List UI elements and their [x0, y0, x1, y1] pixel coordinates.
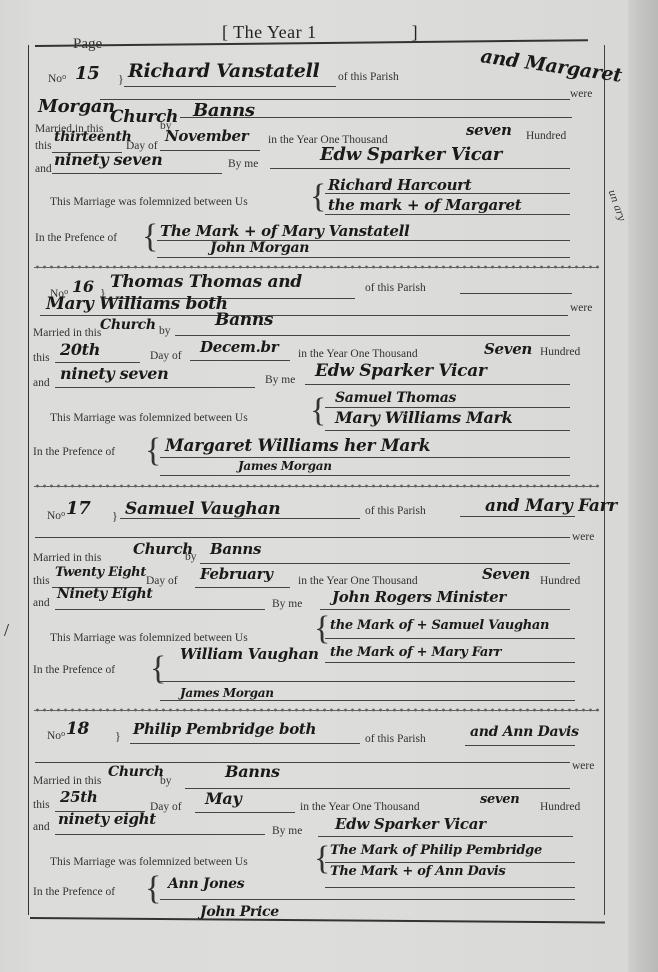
officiant: Edw Sparker Vicar: [335, 815, 486, 833]
entry-divider: [34, 483, 599, 489]
year-tail: ninety seven: [60, 364, 168, 383]
method: Banns: [210, 540, 261, 558]
party-1: the Mark of + Samuel Vaughan: [330, 618, 549, 633]
entry-number: 15: [75, 63, 99, 84]
were-label: were: [572, 531, 594, 543]
method: Banns: [225, 762, 280, 781]
year-tail: ninety seven: [54, 150, 162, 169]
year-label: [ The Year 1: [222, 22, 317, 42]
party-1: The Mark of Philip Pembridge: [330, 843, 542, 858]
of-parish-label: of this Parish: [365, 505, 426, 517]
bride-name-line1: and Ann Davis: [470, 724, 579, 740]
century: seven: [466, 121, 512, 139]
place: Church: [100, 317, 156, 333]
year-header: [ The Year 1 ]: [222, 22, 418, 43]
year-close-bracket: ]: [412, 22, 419, 42]
century: seven: [480, 792, 519, 807]
century: Seven: [484, 340, 532, 358]
margin-mark: /: [4, 620, 9, 641]
entry-number: 18: [66, 719, 89, 739]
groom-name: Richard Vanstatell: [128, 60, 319, 82]
officiant: John Rogers Minister: [332, 588, 506, 606]
groom-name: Samuel Vaughan: [125, 499, 280, 519]
entry-divider: [34, 264, 599, 270]
year-tail: Ninety Eight: [57, 586, 153, 602]
method: Banns: [215, 310, 273, 330]
groom-name: Thomas Thomas and: [110, 272, 302, 292]
book-spine: [628, 0, 658, 972]
entry-number-label: Noo: [48, 73, 66, 85]
entry-divider: [34, 707, 599, 713]
witness-1: The Mark + of Mary Vanstatell: [160, 222, 409, 240]
century: Seven: [482, 565, 530, 583]
witness-2: James Morgan: [238, 459, 332, 473]
month: May: [205, 789, 241, 808]
of-parish-label: of this Parish: [338, 71, 399, 83]
were-label: were: [570, 302, 592, 314]
place: Church: [108, 764, 164, 780]
officiant: Edw Sparker Vicar: [315, 361, 487, 381]
witness-1: William Vaughan: [180, 645, 319, 663]
register-frame: [28, 45, 605, 915]
month: February: [200, 565, 273, 583]
bride-name-line1: and Mary Farr: [485, 496, 617, 516]
day: 25th: [60, 788, 98, 806]
month: Decem.br: [200, 338, 278, 356]
place: Church: [133, 540, 193, 558]
day: thirteenth: [54, 129, 131, 145]
entry-number: 17: [66, 498, 90, 519]
witness-1: Margaret Williams her Mark: [165, 436, 430, 456]
witness-1: Ann Jones: [168, 876, 244, 892]
witness-2: John Morgan: [210, 240, 309, 256]
bride-name-line2: Morgan: [38, 96, 115, 117]
officiant: Edw Sparker Vicar: [320, 144, 502, 165]
party-2: Mary Williams Mark: [335, 408, 512, 427]
groom-name: Philip Pembridge both: [133, 720, 316, 738]
were-label: were: [572, 760, 594, 772]
witness-2: James Morgan: [180, 686, 274, 700]
party-1: Richard Harcourt: [328, 176, 471, 194]
day: Twenty Eight: [55, 565, 146, 580]
party-2: the mark + of Margaret: [328, 196, 521, 214]
party-1: Samuel Thomas: [335, 390, 456, 406]
month: November: [165, 127, 248, 145]
party-2: The Mark + of Ann Davis: [330, 864, 505, 879]
of-parish-label: of this Parish: [365, 733, 426, 745]
year-tail: ninety eight: [58, 810, 156, 828]
of-parish-label: of this Parish: [365, 282, 426, 294]
were-label: were: [570, 88, 592, 100]
party-2: the Mark of + Mary Farr: [330, 645, 501, 660]
bride-name-line2: Mary Williams both: [46, 294, 228, 314]
day: 20th: [60, 340, 100, 359]
